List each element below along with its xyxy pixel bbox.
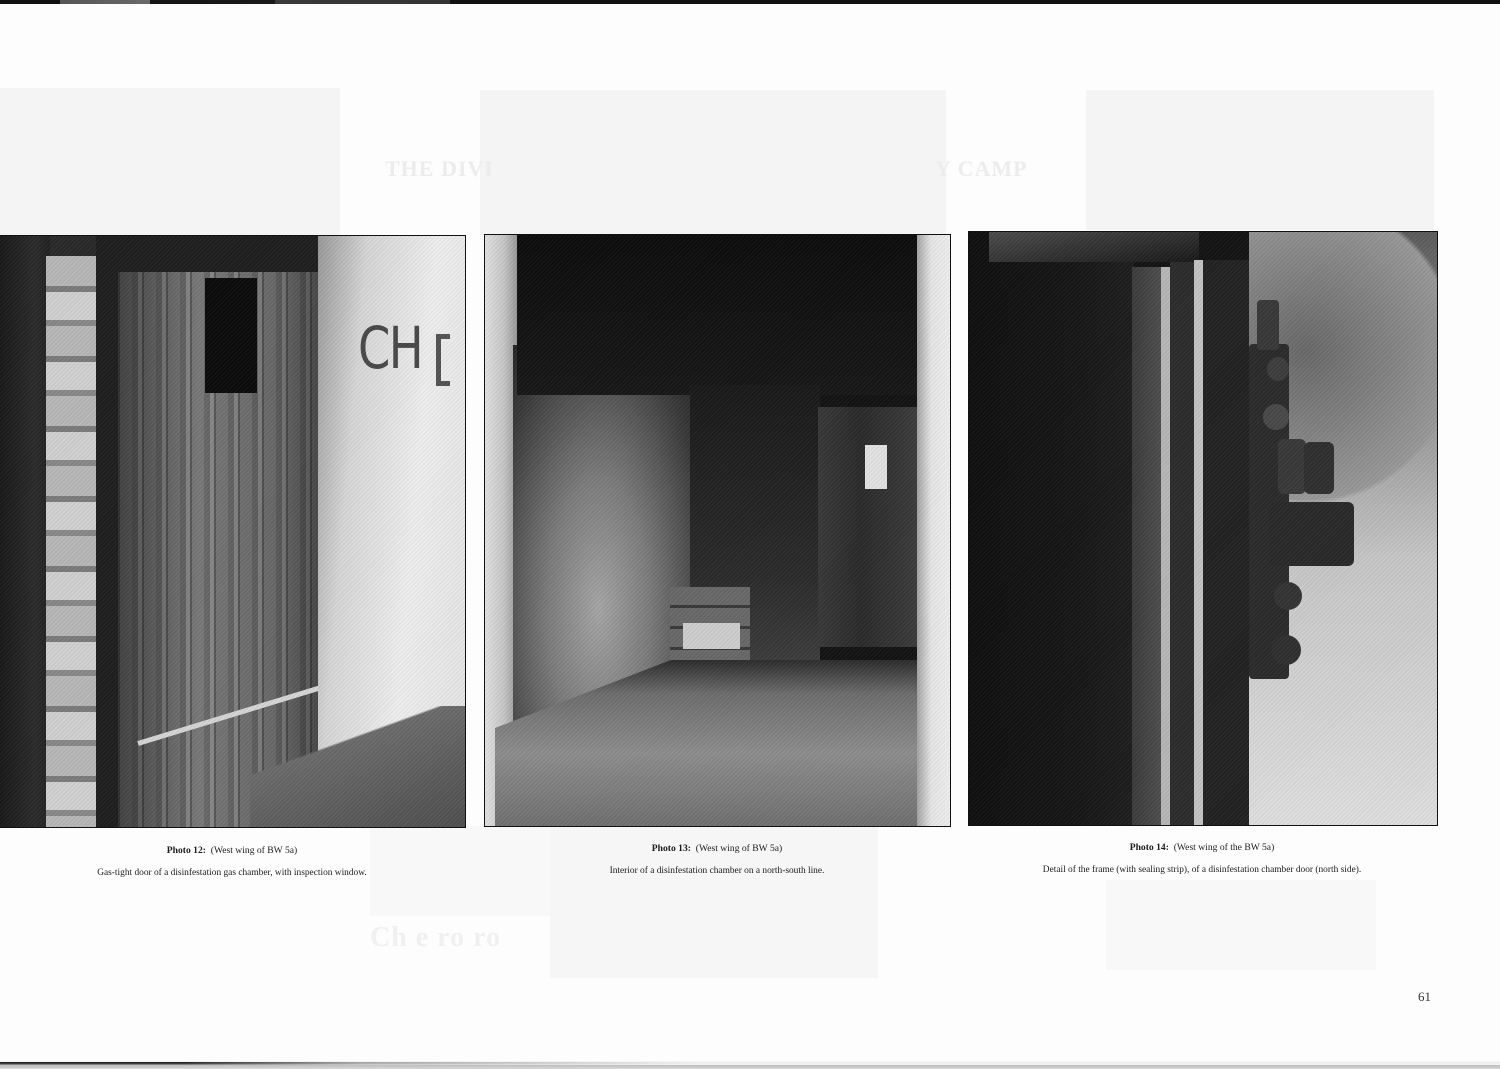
bleed-through-block [480, 90, 946, 236]
photo-14-door-frame-hinge-image [968, 231, 1438, 826]
bleed-through-heading-left: THE DIVI [385, 156, 494, 182]
bleed-through-heading-right: Y CAMP [935, 156, 1028, 182]
scan-bottom-edge [0, 1061, 1500, 1069]
photo-13-caption-description: Interior of a disinfestation chamber on … [517, 866, 917, 876]
photo-13-caption-title: Photo 13: (West wing of BW 5a) [567, 843, 867, 854]
photo-13-label: Photo 13 [652, 843, 688, 854]
photo-12-label: Photo 12 [167, 845, 203, 856]
scan-top-edge [0, 0, 1500, 4]
bleed-through-block [1086, 90, 1434, 230]
bleed-through-lower-text: Ch e ro ro [370, 922, 501, 954]
bleed-through-block [1106, 880, 1376, 970]
photo-grain [969, 232, 1437, 825]
photo-12-caption-description: Gas-tight door of a disinfestation gas c… [32, 868, 432, 878]
photo-14-label: Photo 14 [1130, 842, 1166, 853]
photo-13-chamber-interior-image [484, 234, 951, 827]
photo-12-caption-title: Photo 12: (West wing of BW 5a) [82, 845, 382, 856]
photo-grain [485, 235, 950, 826]
photo-14-caption-title: Photo 14: (West wing of the BW 5a) [1052, 842, 1352, 853]
photo-12-wooden-door-image: CH [0, 235, 466, 828]
photo-13-location: (West wing of BW 5a) [696, 843, 782, 854]
photo-14-location: (West wing of the BW 5a) [1174, 842, 1275, 853]
photo-14-caption-description: Detail of the frame (with sealing strip)… [952, 865, 1452, 875]
photo-grain [0, 236, 465, 827]
photo-12-location: (West wing of BW 5a) [211, 845, 297, 856]
page-number: 61 [1418, 989, 1431, 1005]
bleed-through-block [0, 88, 340, 238]
